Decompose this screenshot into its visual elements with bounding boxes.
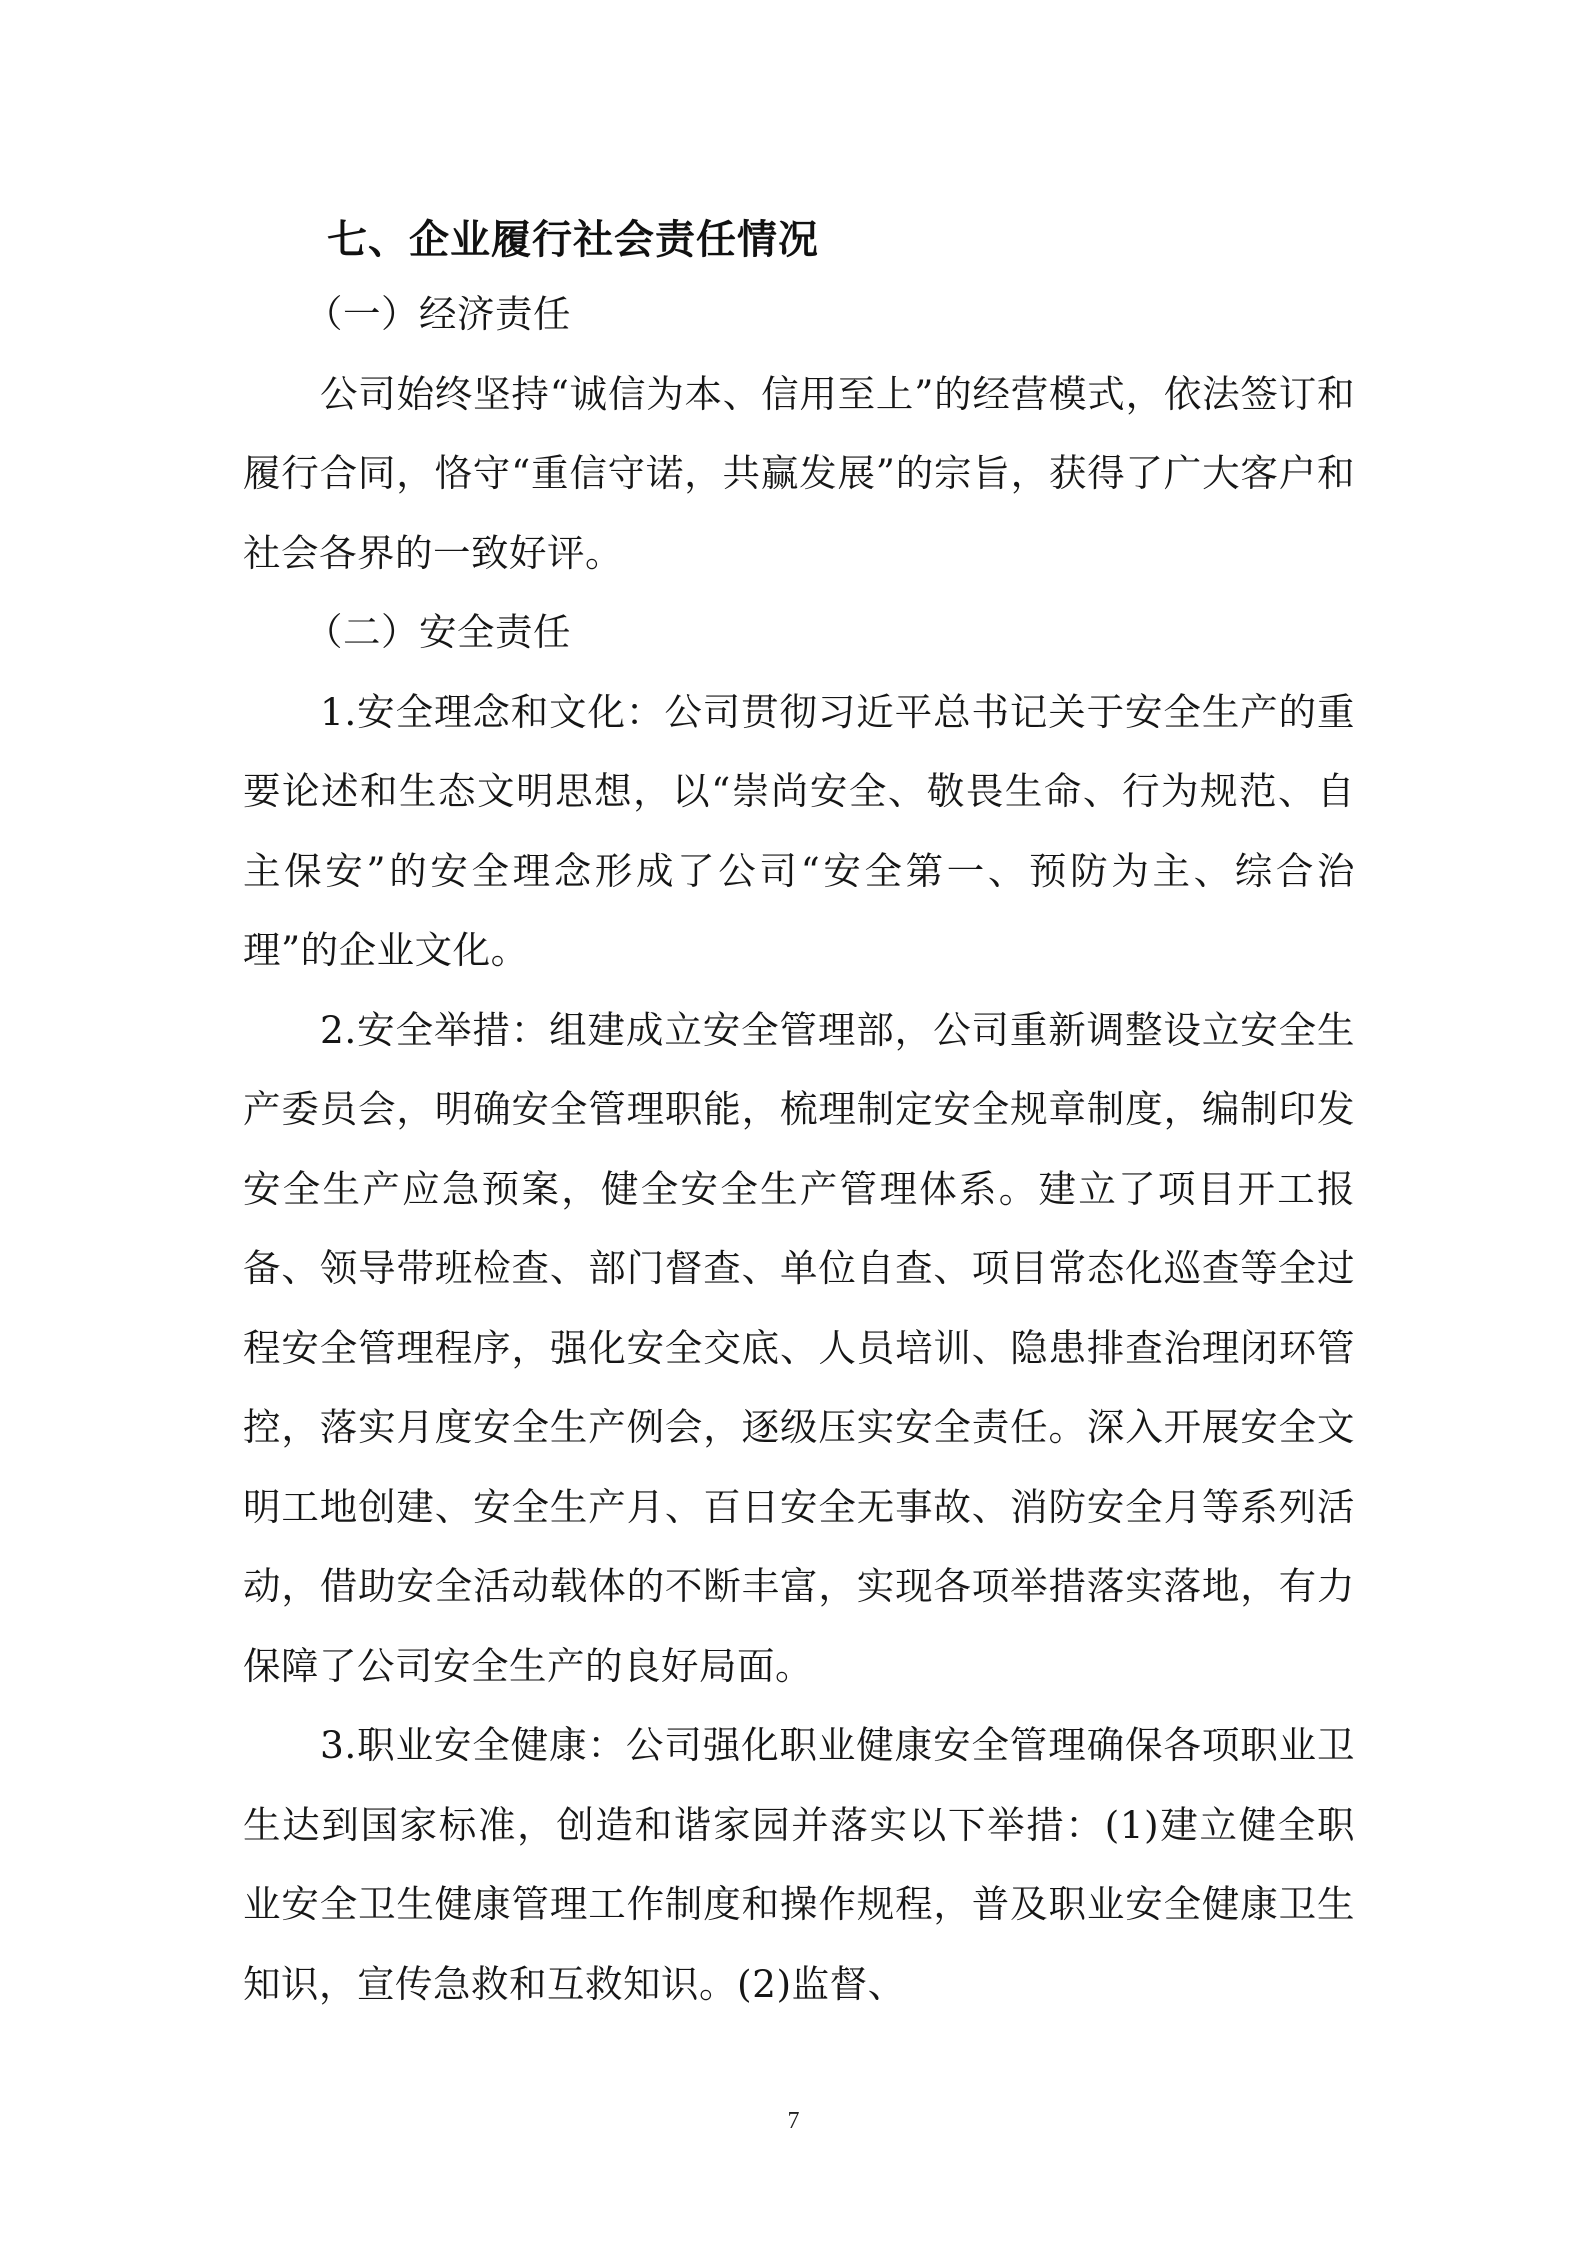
paragraph-economic-responsibility: 公司始终坚持“诚信为本、信用至上”的经营模式，依法签订和履行合同，恪守“重信守诺… [243,355,1355,594]
subsection-heading-economic: （一）经济责任 [243,275,1355,355]
document-page: 七、企业履行社会责任情况 （一）经济责任 公司始终坚持“诚信为本、信用至上”的经… [0,0,1587,2245]
paragraph-safety-culture: 1.安全理念和文化：公司贯彻习近平总书记关于安全生产的重要论述和生态文明思想，以… [243,673,1355,991]
paragraph-safety-measures: 2.安全举措：组建成立安全管理部，公司重新调整设立安全生产委员会，明确安全管理职… [243,991,1355,1707]
subsection-heading-safety: （二）安全责任 [243,593,1355,673]
section-title: 七、企业履行社会责任情况 [243,205,1355,275]
page-number: 7 [0,2108,1587,2135]
document-body: 七、企业履行社会责任情况 （一）经济责任 公司始终坚持“诚信为本、信用至上”的经… [243,205,1355,2024]
paragraph-occupational-health: 3.职业安全健康：公司强化职业健康安全管理确保各项职业卫生达到国家标准，创造和谐… [243,1706,1355,2024]
